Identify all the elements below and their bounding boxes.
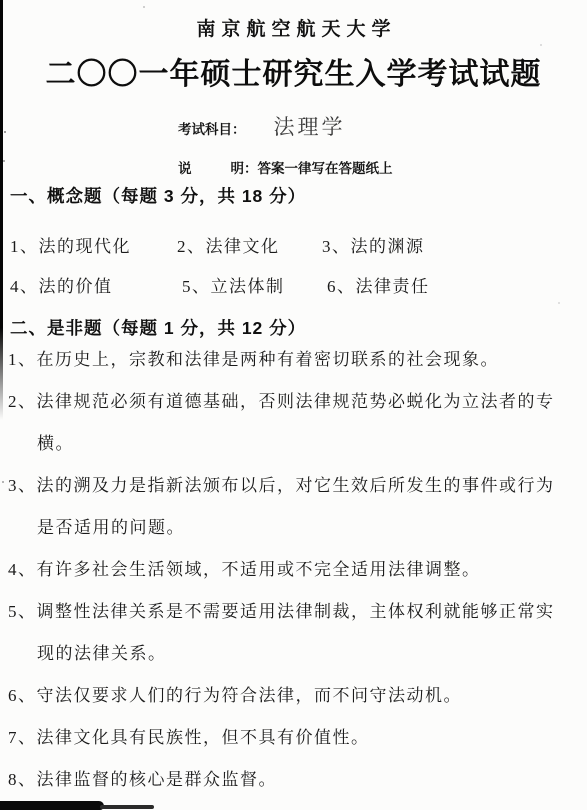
truefalse-item: 5、调整性法律关系是不需要适用法律制裁，主体权利就能够正常实现的法律关系。 [8, 591, 572, 675]
item-text: 法律监督的核心是群众监督。 [37, 770, 278, 789]
item-number: 1、 [10, 237, 39, 256]
item-number: 3、 [8, 476, 37, 495]
truefalse-item: 3、法的溯及力是指新法颁布以后，对它生效后所发生的事件或行为是否适用的问题。 [8, 465, 572, 549]
section-concepts-heading: 一、概念题（每题 3 分，共 18 分） [10, 183, 306, 208]
item-number: 5、 [8, 602, 37, 621]
concept-item: 2、法律文化 [177, 232, 280, 257]
concept-item: 3、法的渊源 [322, 232, 425, 257]
concept-item: 4、法的价值 [10, 272, 113, 297]
item-number: 4、 [10, 277, 39, 296]
note-label-part1: 说 [178, 161, 192, 176]
item-number: 2、 [177, 237, 206, 256]
truefalse-item: 7、法律文化具有民族性，但不具有价值性。 [8, 717, 572, 759]
section-concepts-list: 1、法的现代化2、法律文化3、法的渊源4、法的价值5、立法体制6、法律责任 [10, 232, 576, 298]
truefalse-item: 4、有许多社会生活领域，不适用或不完全适用法律调整。 [8, 549, 572, 591]
item-text: 法的渊源 [351, 237, 425, 256]
item-number: 3、 [322, 237, 351, 256]
item-text: 守法仅要求人们的行为符合法律，而不问守法动机。 [37, 686, 463, 705]
section-truefalse-list: 1、在历史上，宗教和法律是两种有着密切联系的社会现象。2、法律规范必须有道德基础… [8, 339, 572, 801]
scan-artifact-bottom-bar [0, 801, 104, 810]
item-number: 7、 [8, 728, 37, 747]
truefalse-item: 6、守法仅要求人们的行为符合法律，而不问守法动机。 [8, 675, 572, 717]
item-number: 6、 [327, 277, 356, 296]
note-text: 答案一律写在答题纸上 [258, 161, 393, 176]
item-text: 法的溯及力是指新法颁布以后，对它生效后所发生的事件或行为是否适用的问题。 [37, 476, 555, 537]
section-truefalse-heading: 二、是非题（每题 1 分，共 12 分） [10, 315, 306, 340]
item-text: 法律文化 [206, 237, 280, 256]
subject-label: 考试科目： [178, 122, 246, 137]
item-text: 立法体制 [211, 277, 285, 296]
scan-artifact-speckles [0, 0, 2, 2]
item-number: 4、 [8, 560, 37, 579]
item-number: 8、 [8, 770, 37, 789]
item-number: 5、 [182, 277, 211, 296]
item-text: 法的现代化 [39, 237, 132, 256]
truefalse-item: 8、法律监督的核心是群众监督。 [8, 759, 572, 801]
concept-item: 5、立法体制 [182, 272, 285, 297]
item-number: 2、 [8, 392, 37, 411]
item-text: 法的价值 [39, 277, 113, 296]
exam-paper-page: 南京航空航天大学 二〇〇一年硕士研究生入学考试试题 考试科目： 法理学 说明：答… [0, 0, 587, 810]
item-number: 1、 [8, 350, 37, 369]
truefalse-item: 1、在历史上，宗教和法律是两种有着密切联系的社会现象。 [8, 339, 572, 381]
item-number: 6、 [8, 686, 37, 705]
subject-row: 考试科目： 法理学 [178, 111, 346, 141]
item-text: 法律规范必须有道德基础，否则法律规范势必蜕化为立法者的专横。 [37, 392, 555, 453]
item-text: 法律文化具有民族性，但不具有价值性。 [37, 728, 370, 747]
note-row: 说明：答案一律写在答题纸上 [178, 157, 393, 177]
truefalse-item: 2、法律规范必须有道德基础，否则法律规范势必蜕化为立法者的专横。 [8, 381, 572, 465]
concept-item: 6、法律责任 [327, 272, 430, 297]
subject-value: 法理学 [274, 115, 346, 139]
note-label-part2: 明： [231, 161, 258, 176]
item-text: 有许多社会生活领域，不适用或不完全适用法律调整。 [37, 560, 481, 579]
item-text: 调整性法律关系是不需要适用法律制裁，主体权利就能够正常实现的法律关系。 [37, 602, 555, 663]
item-text: 在历史上，宗教和法律是两种有着密切联系的社会现象。 [37, 350, 500, 369]
exam-title: 二〇〇一年硕士研究生入学考试试题 [0, 49, 587, 93]
scan-artifact-bottom-bar-tail [100, 805, 154, 809]
concept-item: 1、法的现代化 [10, 232, 131, 257]
university-name: 南京航空航天大学 [0, 14, 587, 41]
item-text: 法律责任 [356, 277, 430, 296]
